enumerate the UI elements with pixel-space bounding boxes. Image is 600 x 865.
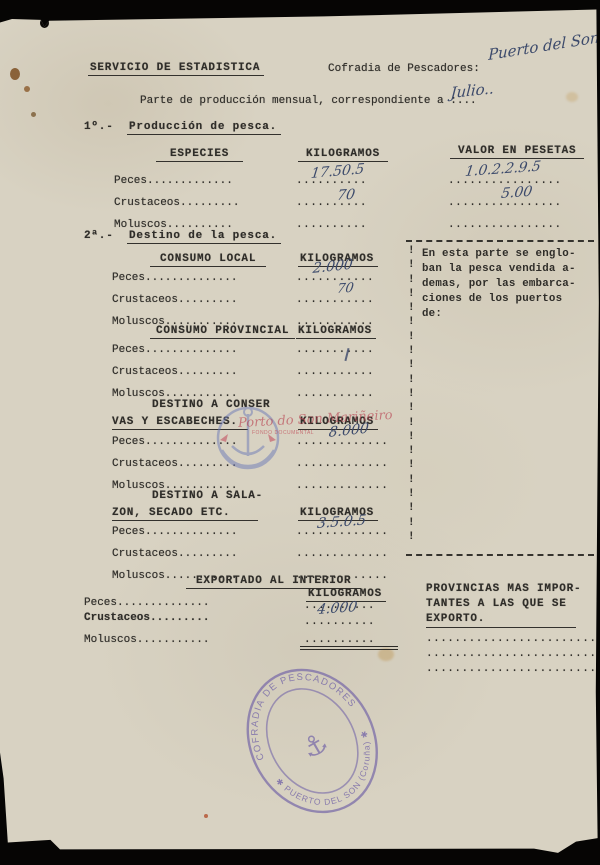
stain-spot [24,86,30,92]
hand-crustaceos-kg: 70 [336,187,356,204]
kg-field: ............. [296,480,388,492]
row-label: Crustaceos......... [84,612,209,624]
row-label: Peces.............. [112,344,237,356]
provincias-line1: PROVINCIAS MAS IMPOR- [426,583,581,595]
stain-spot [566,92,578,102]
provincias-dots: ........................ [426,633,596,645]
kg-field: ........... [296,344,374,356]
section2-title: Destino de la pesca. [127,230,281,244]
row-label: Peces.............. [112,526,237,538]
row-label: Peces............. [114,175,233,187]
stain-spot [204,814,208,818]
document-title: SERVICIO DE ESTADISTICA [88,62,264,74]
col-valor: VALOR EN PESETAS [450,145,584,157]
kg-field: ........... [296,366,374,378]
salazon-title-line2: ZON, SECADO ETC. [112,507,258,519]
kg-field: ............. [296,548,388,560]
section2-number: 2ª.- [84,230,114,242]
watermark-sub-text: FONDO DOCUMENTAL [252,430,314,436]
col-especies: ESPECIES [156,148,243,160]
annotation-box: ! ! ! ! ! ! ! ! ! ! ! ! ! ! ! ! ! ! ! ! … [406,240,594,556]
consumo-provincial-kg: KILOGRAMOS [296,325,376,337]
subtitle: Parte de producción mensual, correspondi… [140,95,477,107]
provincias-line2: TANTES A LAS QUE SE [426,598,567,610]
stain-spot [31,112,36,117]
cofradia-label: Cofradia de Pescadores: [328,63,480,75]
kg-field: ............. [296,458,388,470]
section1-heading: 1º.- Producción de pesca. [84,121,281,133]
section2-heading: 2ª.- Destino de la pesca. [84,230,281,242]
row-label: Crustaceos......... [114,197,239,209]
anchor-watermark-icon [212,400,284,476]
consumo-local-title: CONSUMO LOCAL [150,253,266,265]
kg-field: .......... [304,616,375,628]
section1-title: Producción de pesca. [127,121,281,135]
anchor-icon: ⚓ [297,725,334,768]
salazon-title-line1: DESTINO A SALA- [152,490,263,502]
hand-exportado-crustaceos: 4.000 [316,599,358,618]
handwritten-month: Julio.. [450,79,495,102]
scanned-document: SERVICIO DE ESTADISTICA Cofradia de Pesc… [0,0,600,865]
provincias-dots: ........................ [426,648,596,660]
row-label: Crustaceos......... [112,548,237,560]
hand-crustaceos-valor: 5.00 [500,184,533,202]
row-label: Peces.............. [112,272,237,284]
section1-number: 1º.- [84,121,114,133]
provincias-dots: ........................ [426,663,596,675]
row-label: Crustaceos......... [112,294,237,306]
row-label: Crustaceos......... [112,366,237,378]
handwritten-cofradia: Puerto del Son [488,28,600,64]
box-left-border: ! ! ! ! ! ! ! ! ! ! ! ! ! ! ! ! ! ! ! ! … [408,244,415,544]
paper-sheet: SERVICIO DE ESTADISTICA Cofradia de Pesc… [0,0,600,865]
hand-local-crustaceos: 70 [336,281,355,297]
kg-field: ........... [296,388,374,400]
stain-spot [10,68,20,80]
provincias-line3: EXPORTO. [426,613,576,628]
valor-field: ................ [448,219,562,231]
kg-field: .......... [296,197,367,209]
kg-field: .......... [296,219,367,231]
exportado-kg: KILOGRAMOS [306,588,386,600]
consumo-provincial-title: CONSUMO PROVINCIAL [150,325,295,337]
box-text: En esta parte se englo- ban la pesca ven… [422,247,576,322]
paper-hole [40,18,49,28]
exportado-title: EXPORTADO AL INTERIOR [186,575,361,587]
row-label: Peces.............. [84,597,209,609]
col-kilogramos: KILOGRAMOS [298,148,388,160]
row-label: Moluscos........... [84,634,209,646]
